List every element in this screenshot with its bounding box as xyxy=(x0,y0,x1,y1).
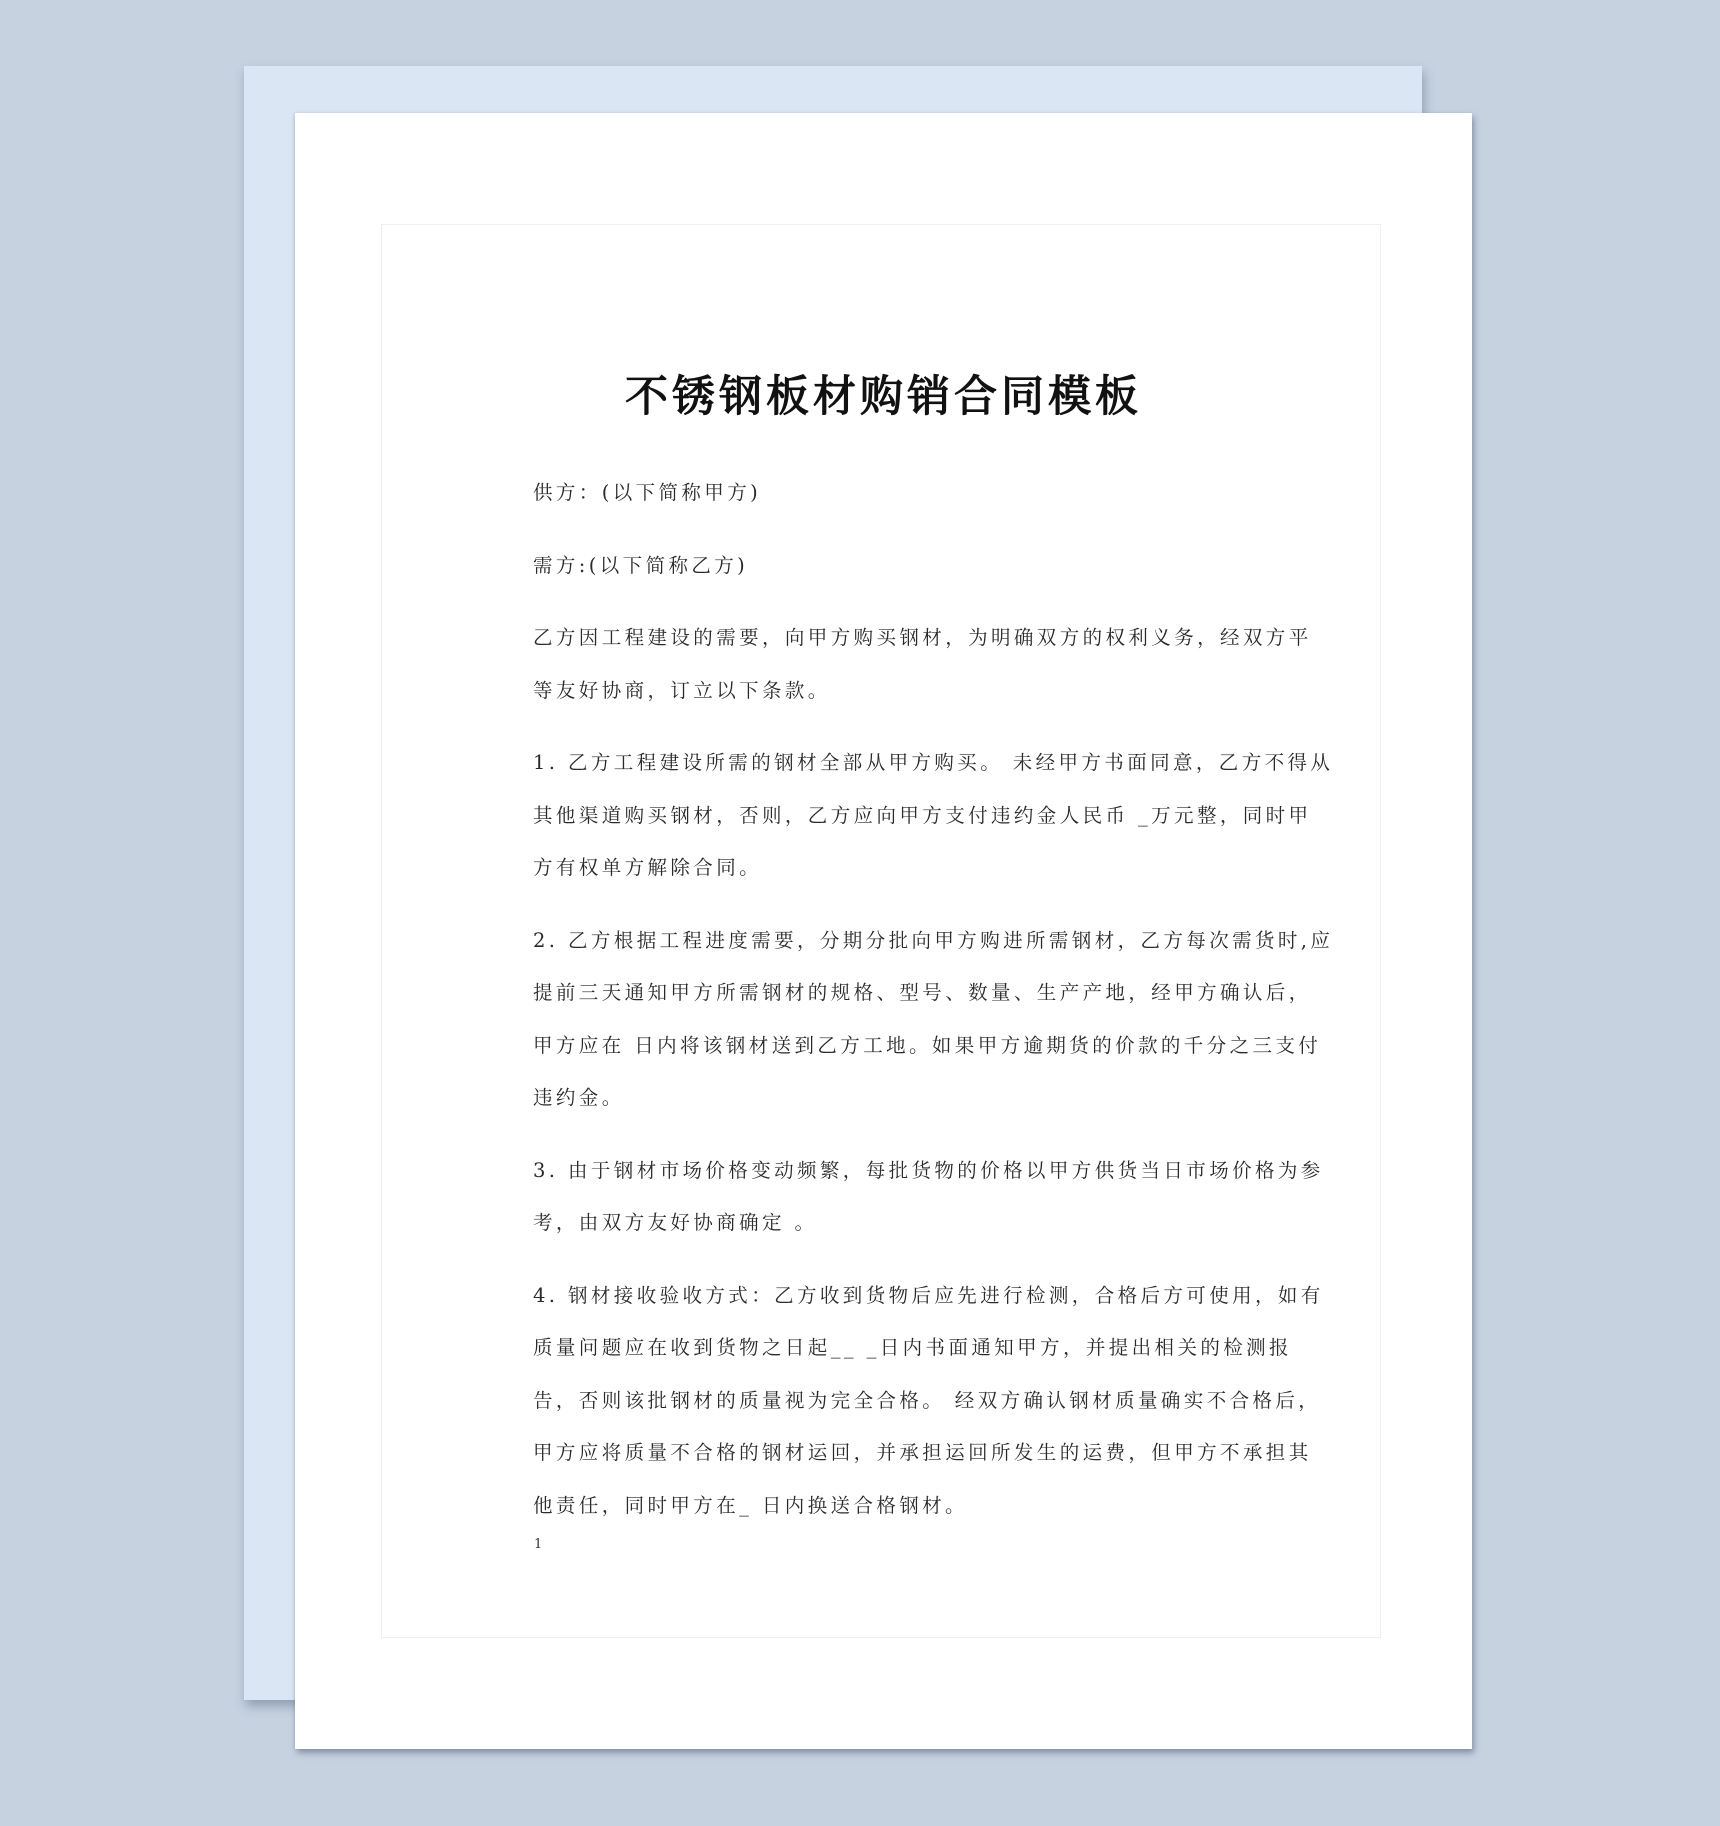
text-line: 方有权单方解除合同。 xyxy=(533,842,1253,895)
text-line: 告，否则该批钢材的质量视为完全合格。 经双方确认钢材质量确实不合格后， xyxy=(533,1375,1253,1428)
paragraph-clause-4: 4. 钢材接收验收方式：乙方收到货物后应先进行检测，合格后方可使用，如有 质量问… xyxy=(533,1270,1253,1533)
text-line: 4. 钢材接收验收方式：乙方收到货物后应先进行检测，合格后方可使用，如有 xyxy=(533,1270,1253,1323)
text-line: 2. 乙方根据工程进度需要，分期分批向甲方购进所需钢材，乙方每次需货时,应 xyxy=(533,915,1253,968)
paragraph-intro: 乙方因工程建设的需要，向甲方购买钢材，为明确双方的权利义务，经双方平 等友好协商… xyxy=(533,612,1253,717)
paragraph-clause-3: 3. 由于钢材市场价格变动频繁，每批货物的价格以甲方供货当日市场价格为参 考，由… xyxy=(533,1145,1253,1250)
text-line: 考，由双方友好协商确定 。 xyxy=(533,1197,1253,1250)
text-line: 3. 由于钢材市场价格变动频繁，每批货物的价格以甲方供货当日市场价格为参 xyxy=(533,1145,1253,1198)
paragraph-clause-2: 2. 乙方根据工程进度需要，分期分批向甲方购进所需钢材，乙方每次需货时,应 提前… xyxy=(533,915,1253,1125)
text-line: 质量问题应在收到货物之日起__ _日内书面通知甲方，并提出相关的检测报 xyxy=(533,1322,1253,1375)
text-line: 需方:(以下简称乙方) xyxy=(533,540,1253,593)
document-body: 供方：(以下简称甲方) 需方:(以下简称乙方) 乙方因工程建设的需要，向甲方购买… xyxy=(533,467,1253,1552)
page-number: 1 xyxy=(534,1537,542,1552)
text-line: 违约金。 xyxy=(533,1072,1253,1125)
text-line: 等友好协商，订立以下条款。 xyxy=(533,665,1253,718)
text-line: 他责任，同时甲方在_ 日内换送合格钢材。 xyxy=(533,1480,1253,1533)
paragraph-supplier: 供方：(以下简称甲方) xyxy=(533,467,1253,520)
text-line: 提前三天通知甲方所需钢材的规格、型号、数量、生产产地，经甲方确认后， xyxy=(533,967,1253,1020)
text-line: 其他渠道购买钢材，否则，乙方应向甲方支付违约金人民币 _万元整，同时甲 xyxy=(533,790,1253,843)
text-line: 甲方应在 日内将该钢材送到乙方工地。如果甲方逾期货的价款的千分之三支付 xyxy=(533,1020,1253,1073)
text-line: 1. 乙方工程建设所需的钢材全部从甲方购买。 未经甲方书面同意，乙方不得从 xyxy=(533,737,1253,790)
paragraph-clause-1: 1. 乙方工程建设所需的钢材全部从甲方购买。 未经甲方书面同意，乙方不得从 其他… xyxy=(533,737,1253,895)
text-line: 供方：(以下简称甲方) xyxy=(533,467,1253,520)
document-title: 不锈钢板材购销合同模板 xyxy=(295,371,1472,423)
document-page: 不锈钢板材购销合同模板 供方：(以下简称甲方) 需方:(以下简称乙方) 乙方因工… xyxy=(295,113,1472,1749)
text-line: 甲方应将质量不合格的钢材运回，并承担运回所发生的运费，但甲方不承担其 xyxy=(533,1427,1253,1480)
text-line: 乙方因工程建设的需要，向甲方购买钢材，为明确双方的权利义务，经双方平 xyxy=(533,612,1253,665)
paragraph-buyer: 需方:(以下简称乙方) xyxy=(533,540,1253,593)
